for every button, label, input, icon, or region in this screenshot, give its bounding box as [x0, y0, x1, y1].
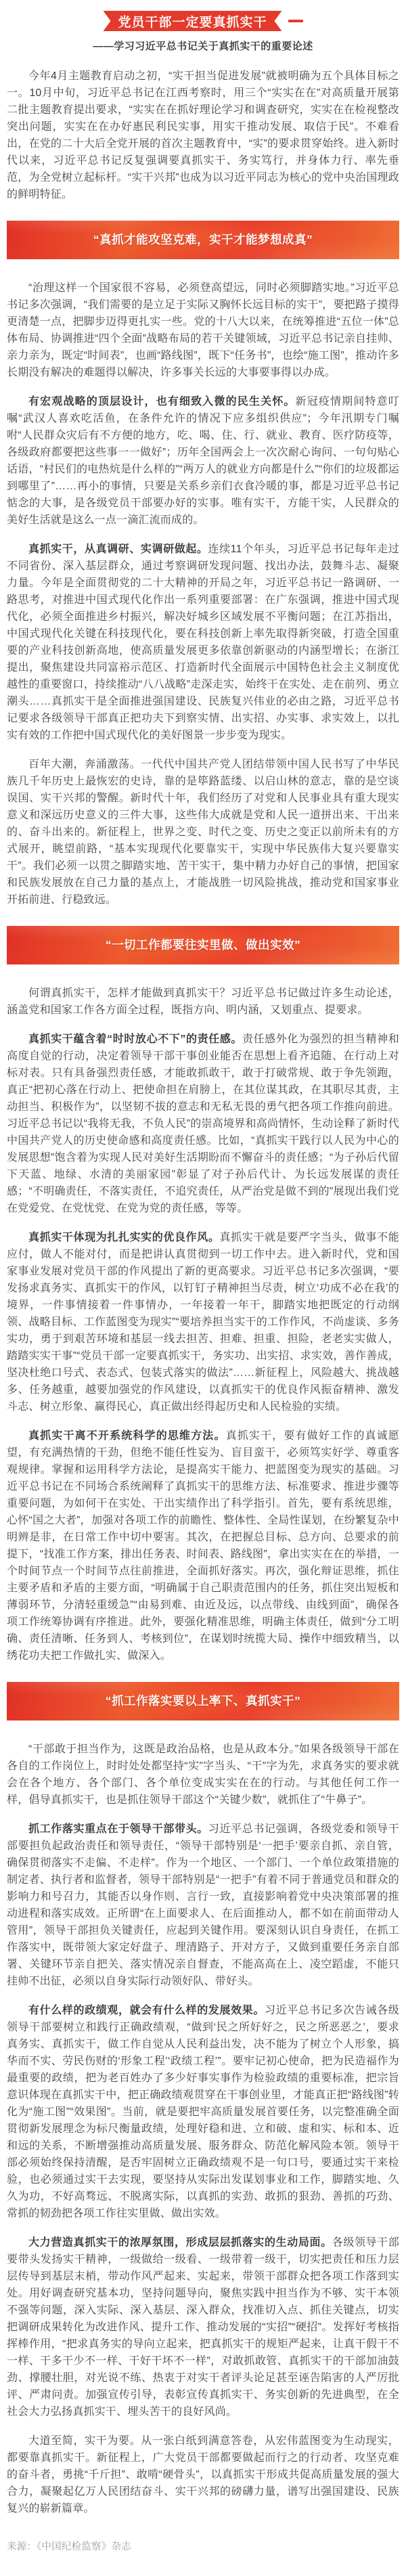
paragraph-text: 大道至简，实干为要。从一张白纸到满意答卷，从宏伟蓝图变为生动现实，都要靠真抓实干… — [7, 2435, 399, 2514]
paragraph-lead: 真抓实干，从真调研、实调研做起。 — [28, 543, 208, 555]
paragraph-text: 何谓真抓实干，怎样才能做到真抓实干？习近平总书记做过许多生动论述，涵盖党和国家工… — [7, 987, 399, 1016]
paragraph-text: 习近平总书记强调，各级党委和领导干部要担负起政治责任和领导责任，“领导干部特别是… — [7, 1823, 399, 1987]
section-banner-2: “一切工作都要往实里做、做出实效” — [7, 926, 399, 964]
paragraph: 大力营造真抓实干的浓厚氛围，形成层层抓落实的生动局面。各级领导干部要带头发扬实干… — [7, 2234, 399, 2420]
paragraph-text: 真抓实干，要有做好工作的真诚愿望，有充满热情的干劲，但绝不能任性妄为、盲目蛮干，… — [7, 1430, 399, 1662]
section-heading: “一切工作都要往实里做、做出实效” — [106, 937, 301, 954]
paragraph: 有宏观战略的顶层设计，也有细致入微的民生关怀。新冠疫情期间特意叮嘱“武汉人喜欢吃… — [7, 393, 399, 529]
article-body: 今年4月主题教育启动之初，“实干担当促进发展”就被明确为五个具体目标之一。10月… — [7, 68, 399, 2556]
paragraph: 抓工作落实重点在于领导干部带头。习近平总书记强调，各级党委和领导干部要担负起政治… — [7, 1821, 399, 1990]
paragraph-text: 今年4月主题教育启动之初，“实干担当促进发展”就被明确为五个具体目标之一。10月… — [7, 70, 399, 200]
paragraph: 真抓实干，从真调研、实调研做起。连续11个年头，习近平总书记每年走过不同省份、深… — [7, 541, 399, 744]
paragraph-lead: 真抓实干蕴含着“时时放心不下”的责任感。 — [28, 1034, 242, 1045]
article-page: 党员干部一定要真抓实干 ——学习习近平总书记关于真抓实干的重要论述 今年4月主题… — [0, 0, 406, 2576]
section-heading: “真抓才能攻坚克难，实干才能梦想成真” — [93, 231, 313, 248]
ribbon-dash-decor — [288, 20, 303, 22]
title-ribbon: 党员干部一定要真抓实干 — [103, 11, 281, 31]
intro-paragraph: 今年4月主题教育启动之初，“实干担当促进发展”就被明确为五个具体目标之一。10月… — [7, 68, 399, 203]
paragraph-text: 责任感外化为强烈的担当精神和高度自觉的行动，决定着领导干部干事创业能否在思想上看… — [7, 1034, 399, 1214]
paragraph-lead: 真抓实干体现为扎扎实实的优良作风。 — [28, 1232, 220, 1243]
source-line: 来源：《中国纪检监察》杂志 — [7, 2539, 399, 2556]
article-header: 党员干部一定要真抓实干 ——学习习近平总书记关于真抓实干的重要论述 — [7, 11, 399, 53]
ribbon-row: 党员干部一定要真抓实干 — [7, 11, 399, 31]
paragraph: 真抓实干离不开系统科学的思维方法。真抓实干，要有做好工作的真诚愿望，有充满热情的… — [7, 1427, 399, 1664]
paragraph-text: 新冠疫情期间特意叮嘱“武汉人喜欢吃活鱼，在条件允许的情况下应多组织供应”；今年汛… — [7, 396, 399, 526]
paragraph-text: 习近平总书记多次告诫各级领导干部要树立和践行正确政绩观，“做到‘民之所好好之，民… — [7, 2005, 399, 2219]
section-banner-3: “抓工作落实要以上率下、真抓实干” — [7, 1682, 399, 1720]
paragraph-lead: 大力营造真抓实干的浓厚氛围，形成层层抓落实的生动局面。 — [28, 2237, 332, 2248]
paragraph: 真抓实干体现为扎扎实实的优良作风。真抓实干就是要严字当头，做事不能应付，做人不能… — [7, 1229, 399, 1415]
paragraph: 百年大潮，奔涌激荡。一代代中国共产党人团结带领中国人民书写了中华民族几千年历史上… — [7, 756, 399, 908]
paragraph: 何谓真抓实干，怎样才能做到真抓实干？习近平总书记做过许多生动论述，涵盖党和国家工… — [7, 985, 399, 1019]
paragraph-text: 真抓实干就是要严字当头，做事不能应付，做人不能对付，而是把讲认真贯彻到一切工作中… — [7, 1232, 399, 1413]
section-heading: “抓工作落实要以上率下、真抓实干” — [106, 1693, 301, 1710]
paragraph: “干部敢于担当作为，这既是政治品格，也是从政本分。”如果各级领导干部在各自的工作… — [7, 1741, 399, 1808]
paragraph: 真抓实干蕴含着“时时放心不下”的责任感。责任感外化为强烈的担当精神和高度自觉的行… — [7, 1031, 399, 1217]
paragraph-text: 连续11个年头，习近平总书记每年走过不同省份、深入基层群众，通过考察调研发现问题… — [7, 543, 399, 741]
paragraph: 有什么样的政绩观，就会有什么样的发展效果。习近平总书记多次告诫各级领导干部要树立… — [7, 2002, 399, 2222]
section-banner-1: “真抓才能攻坚克难，实干才能梦想成真” — [7, 221, 399, 259]
paragraph-lead: 真抓实干离不开系统科学的思维方法。 — [28, 1430, 226, 1442]
paragraph-lead: 有宏观战略的顶层设计，也有细致入微的民生关怀。 — [28, 396, 296, 407]
paragraph-lead: 有什么样的政绩观，就会有什么样的发展效果。 — [28, 2005, 265, 2016]
paragraph-text: “治理这样一个国家很不容易，必须登高望远，同时必须脚踏实地。”习近平总书记多次强… — [7, 282, 399, 378]
page-subtitle: ——学习习近平总书记关于真抓实干的重要论述 — [7, 39, 399, 53]
paragraph-text: “干部敢于担当作为，这既是政治品格，也是从政本分。”如果各级领导干部在各自的工作… — [7, 1744, 399, 1806]
paragraph-text: 各级领导干部要带头发扬实干精神，一级做给一级看、一级带着一级干，切实把责任和压力… — [7, 2237, 399, 2418]
paragraph: 大道至简，实干为要。从一张白纸到满意答卷，从宏伟蓝图变为生动现实，都要靠真抓实干… — [7, 2433, 399, 2517]
paragraph-text: 百年大潮，奔涌激荡。一代代中国共产党人团结带领中国人民书写了中华民族几千年历史上… — [7, 759, 399, 906]
paragraph: “治理这样一个国家很不容易，必须登高望远，同时必须脚踏实地。”习近平总书记多次强… — [7, 280, 399, 381]
paragraph-lead: 抓工作落实重点在于领导干部带头。 — [28, 1823, 208, 1835]
page-title: 党员干部一定要真抓实干 — [118, 12, 267, 30]
